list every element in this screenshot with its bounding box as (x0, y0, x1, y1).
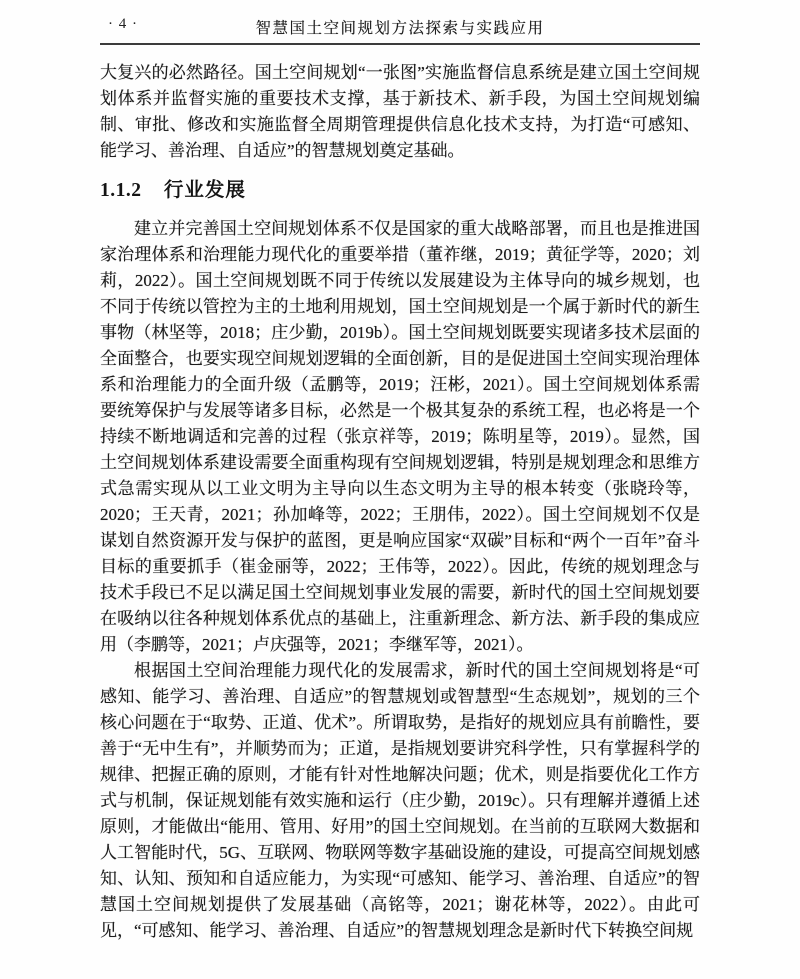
paragraph-1: 大复兴的必然路径。国土空间规划“一张图”实施监督信息系统是建立国土空间规划体系并… (100, 60, 700, 164)
section-heading: 1.1.2 行业发展 (100, 177, 700, 204)
page-number: · 4 · (108, 16, 138, 33)
page-body: 大复兴的必然路径。国土空间规划“一张图”实施监督信息系统是建立国土空间规划体系并… (100, 60, 700, 944)
paragraph-3: 根据国土空间治理能力现代化的发展需求，新时代的国土空间规划将是“可感知、能学习、… (100, 658, 700, 944)
section-heading-number: 1.1.2 (100, 180, 142, 201)
page-header: · 4 · 智慧国土空间规划方法探索与实践应用 (100, 0, 700, 36)
running-title: 智慧国土空间规划方法探索与实践应用 (100, 16, 700, 38)
book-page: · 4 · 智慧国土空间规划方法探索与实践应用 大复兴的必然路径。国土空间规划“… (0, 0, 800, 979)
header-rule (100, 43, 700, 45)
section-heading-title: 行业发展 (164, 179, 246, 201)
paragraph-2: 建立并完善国土空间规划体系不仅是国家的重大战略部署，而且也是推进国家治理体系和治… (100, 216, 700, 658)
